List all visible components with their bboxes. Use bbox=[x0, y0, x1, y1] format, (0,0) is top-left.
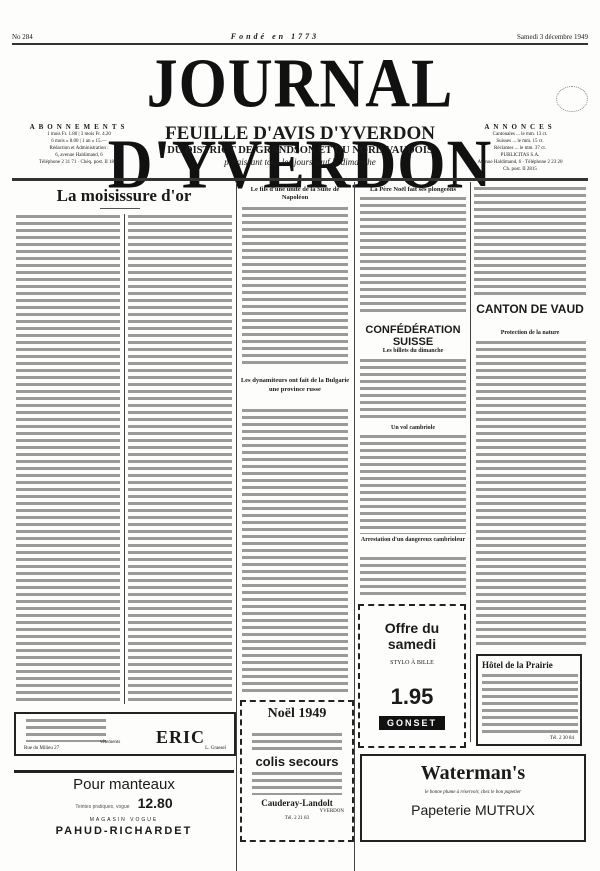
ad-shop: PAHUD-RICHARDET bbox=[14, 825, 234, 837]
subscription-line: 6, avenue Haldimand, 6 bbox=[14, 152, 144, 159]
ad-title: Hôtel de la Prairie bbox=[482, 660, 580, 670]
divider bbox=[12, 178, 588, 181]
ad-noel: Noël 1949 colis secours Cauderay-Landolt… bbox=[240, 700, 354, 842]
ad-brand: GONSET bbox=[379, 716, 445, 730]
article-body bbox=[476, 340, 586, 645]
ad-manteaux: Pour manteaux Teintes pratiques, vogue12… bbox=[14, 776, 234, 837]
ad-product: STYLO À BILLE bbox=[360, 660, 464, 666]
ad-address: Rue du Milieu 27 bbox=[24, 745, 59, 752]
ad-title: Pour manteaux bbox=[14, 776, 234, 793]
ad-shop: Papeterie MUTRUX bbox=[362, 802, 584, 818]
article-headline: Le fils d'une unité de la Suite de Napol… bbox=[240, 186, 350, 202]
ad-offre-du-samedi: Offre du samedi STYLO À BILLE 1.95 GONSE… bbox=[358, 604, 466, 748]
issue-number: No 284 bbox=[12, 33, 33, 41]
section-heading: CANTON DE VAUD bbox=[474, 302, 586, 316]
subscription-line: 6 mois » 8.00 | 1 an » 15.— bbox=[14, 138, 144, 145]
article-body bbox=[360, 556, 466, 598]
article-body bbox=[242, 206, 348, 366]
section-heading: CONFÉDÉRATION SUISSE bbox=[358, 324, 468, 348]
ad-subtitle: Teintes pratiques, vogue bbox=[75, 804, 129, 810]
annonce-line: Réclames ... le mm. 37 ct. bbox=[450, 145, 590, 152]
article-headline: Arrestation d'un dangereux cambrioleur bbox=[358, 536, 468, 544]
ad-price: 12.80 bbox=[138, 795, 173, 811]
divider bbox=[14, 770, 234, 773]
subtitle: FEUILLE D'AVIS D'YVERDON bbox=[150, 124, 450, 144]
ad-brand: ERIC bbox=[156, 727, 205, 748]
article-body bbox=[16, 214, 120, 704]
column-rule bbox=[124, 214, 125, 704]
subscriptions-box: ABONNEMENTS 1 mois Fr. 1.80 | 3 mois Fr.… bbox=[14, 124, 144, 166]
ad-place: YVERDON bbox=[242, 808, 352, 815]
library-stamp-icon bbox=[556, 86, 588, 112]
column-rule bbox=[236, 182, 237, 871]
frequency-line: paraissant tous les jours sauf le dimanc… bbox=[150, 157, 450, 168]
ad-eric: vêtements ERIC Rue du Milieu 27 L. Graes… bbox=[14, 712, 236, 756]
article-headline: La moisissure d'or bbox=[14, 186, 234, 206]
issue-date: Samedi 3 décembre 1949 bbox=[517, 33, 588, 41]
ad-hotel: Hôtel de la Prairie Tél. 2 30 84 bbox=[476, 654, 582, 746]
ad-body bbox=[26, 718, 106, 742]
ornament bbox=[100, 208, 140, 209]
ad-shop-label: MAGASIN VOGUE bbox=[14, 817, 234, 823]
subscription-line: Rédaction et Administration : bbox=[14, 145, 144, 152]
column-rule bbox=[470, 182, 471, 742]
annonce-line: Suisses ... le mm. 15 ct. bbox=[450, 138, 590, 145]
ad-tagline: vêtements bbox=[100, 739, 120, 746]
founded-line: Fondé en 1773 bbox=[231, 32, 319, 41]
article-body bbox=[242, 408, 348, 693]
annonces-heading: ANNONCES bbox=[450, 124, 590, 131]
ad-price: 1.95 bbox=[360, 684, 464, 710]
article-body bbox=[360, 434, 466, 534]
ad-tagline: le bonne plume à réservoir, chez le bon … bbox=[423, 789, 523, 796]
ad-brand: Waterman's bbox=[362, 762, 584, 785]
ad-phone: Tél. 2 21 83 bbox=[242, 815, 352, 822]
annonces-box: ANNONCES Cantonales ... le mm. 13 ct. Su… bbox=[450, 124, 590, 173]
ad-note: L. Graesel bbox=[205, 745, 226, 752]
ad-body bbox=[252, 732, 342, 750]
ad-waterman: Waterman's le bonne plume à réservoir, c… bbox=[360, 754, 586, 842]
annonce-line: Ch. post. II 2815 bbox=[450, 166, 590, 173]
ad-title: Offre du samedi bbox=[360, 620, 464, 652]
ad-phone: Tél. 2 30 84 bbox=[482, 735, 580, 742]
ad-body bbox=[482, 673, 578, 735]
column-rule bbox=[354, 182, 355, 871]
annonce-line: Cantonales ... le mm. 13 ct. bbox=[450, 131, 590, 138]
annonce-line: Avenue Haldimand, 6 · Téléphone 2 23 20 bbox=[450, 159, 590, 166]
subscription-line: 1 mois Fr. 1.80 | 3 mois Fr. 4.20 bbox=[14, 131, 144, 138]
ad-title: Noël 1949 bbox=[242, 706, 352, 722]
subtitle-block: FEUILLE D'AVIS D'YVERDON DU DISTRICT DE … bbox=[150, 124, 450, 168]
article-headline: Un vol cambriole bbox=[358, 425, 468, 431]
annonce-line: PUBLICITAS S.A. bbox=[450, 152, 590, 159]
article-body bbox=[474, 186, 586, 296]
subscriptions-heading: ABONNEMENTS bbox=[14, 124, 144, 131]
article-body bbox=[360, 196, 466, 314]
article-headline: La Père Noël fait ses plongeons bbox=[358, 186, 468, 193]
article-subhead: Protection de la nature bbox=[474, 330, 586, 336]
ad-body bbox=[252, 771, 342, 795]
article-body bbox=[360, 358, 466, 418]
article-subhead: Les billets du dimanche bbox=[358, 348, 468, 354]
top-line: No 284 Fondé en 1773 Samedi 3 décembre 1… bbox=[12, 32, 588, 41]
article-headline: Les dynamiteurs ont fait de la Bulgarie … bbox=[240, 376, 350, 394]
district-line: DU DISTRICT DE GRANDSON ET DU NORD VAUDO… bbox=[150, 144, 450, 157]
ad-company: Cauderay-Landolt bbox=[242, 798, 352, 808]
ad-colis: colis secours bbox=[242, 754, 352, 769]
article-body bbox=[128, 214, 232, 704]
subscription-line: Téléphone 2 31 71 · Chèq. post. II 1818 bbox=[14, 159, 144, 166]
